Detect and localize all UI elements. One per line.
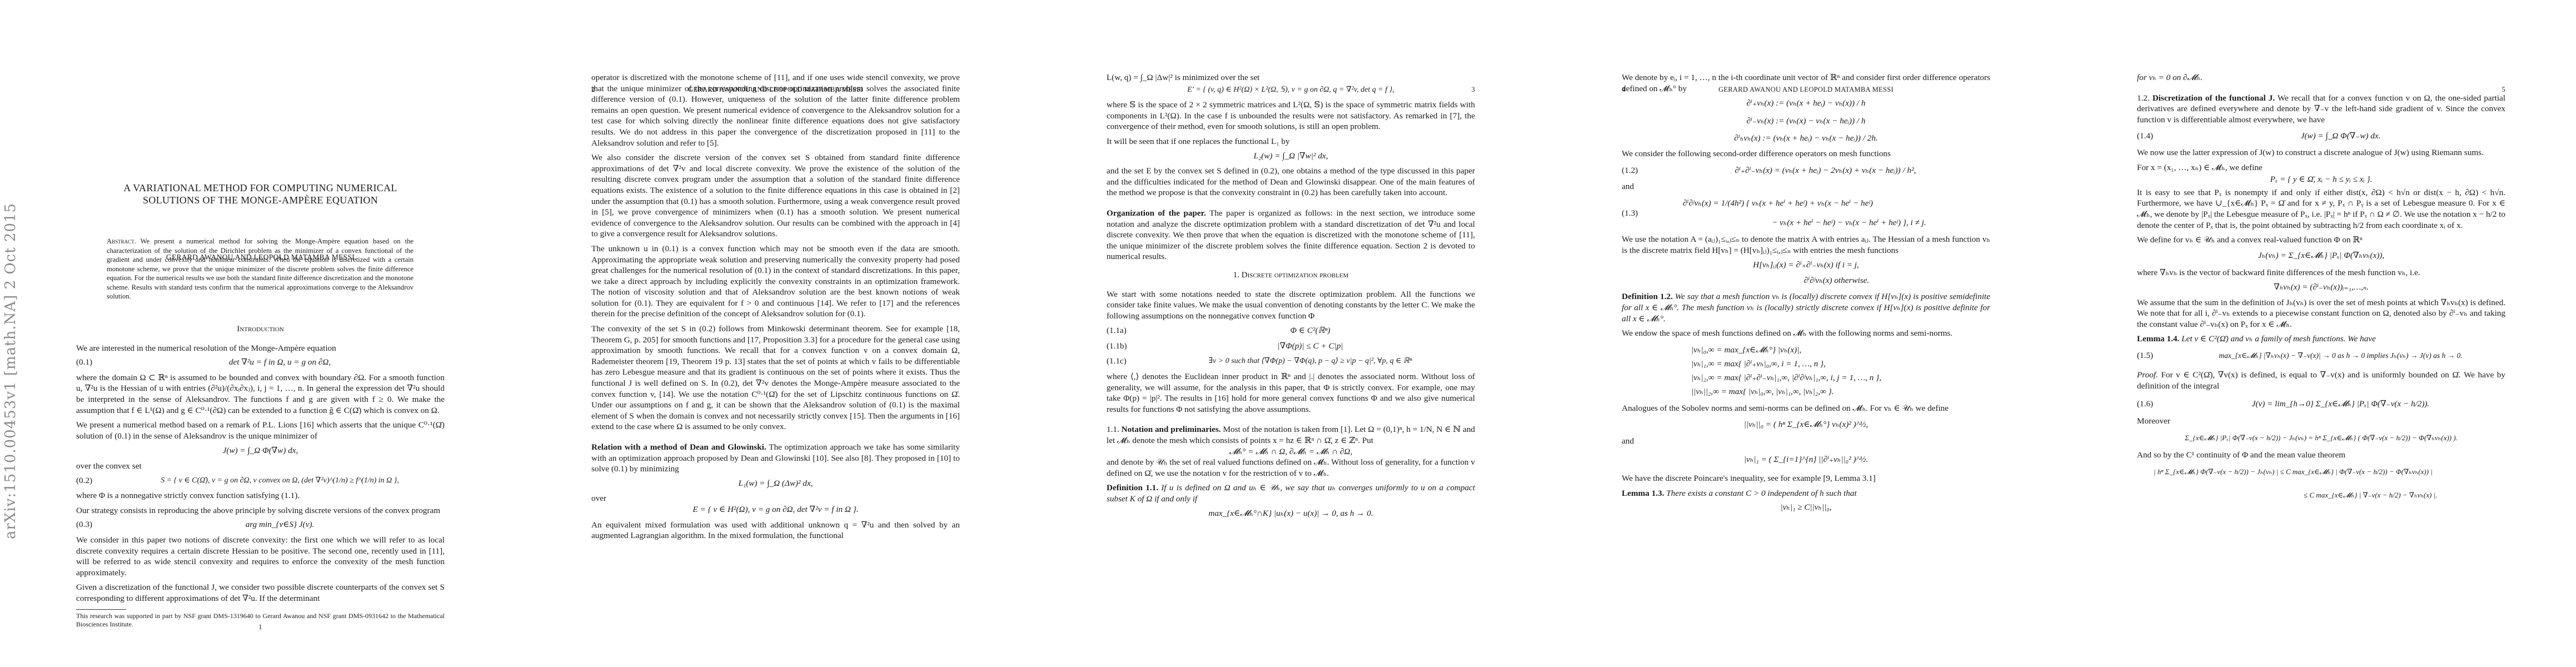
equation-number: (1.6)	[2137, 399, 2176, 410]
equation-mesh: 𝓜ₕ° = 𝓜ₕ ∩ Ω, ∂𝓜ₕ = 𝓜ₕ ∩ ∂Ω,	[1107, 446, 1475, 457]
equation-body: Φ ∈ C²(ℝⁿ)	[1145, 325, 1475, 336]
paragraph: over	[591, 493, 960, 504]
equation-0-1: (0.1) det ∇²u = f in Ω, u = g on ∂Ω,	[76, 357, 445, 368]
norms-block: |vₕ|₀,∞ = max_{x∈𝓜ₕ°} |vₕ(x)|, |vₕ|₁,∞ =…	[1622, 343, 1990, 399]
paragraph: and the set E by the convex set S define…	[1107, 166, 1475, 198]
paragraph: It will be seen that if one replaces the…	[1107, 136, 1475, 147]
equation-number: (0.2)	[76, 475, 115, 486]
page-3: 3 L(w, q) = ∫_Ω |Δw|² is minimized over …	[1030, 0, 1546, 667]
equation-1-2: (1.2) ∂ⁱ₊∂ⁱ₋vₕ(x) = (vₕ(x + heᵢ) − 2vₕ(x…	[1622, 165, 1990, 176]
equation-number: (1.3)	[1622, 208, 1661, 219]
equation-central-diff: ∂ⁱₕvₕ(x) := (vₕ(x + heᵢ) − vₕ(x − heᵢ)) …	[1622, 133, 1990, 144]
paragraph: We define for vₕ ∈ 𝒰ₕ and a convex real-…	[2137, 235, 2505, 246]
equation-body: ∂ⁱ₊∂ⁱ₋vₕ(x) = (vₕ(x + heᵢ) − 2vₕ(x) + vₕ…	[1661, 165, 1990, 176]
lemma-text: There exists a constant C > 0 independen…	[1666, 489, 1857, 498]
paragraph: The unknown u in (0.1) is a convex funct…	[591, 243, 960, 320]
paragraph: We present a numerical method based on a…	[76, 420, 445, 441]
run-in-heading: Relation with a method of Dean and Glowi…	[591, 442, 766, 452]
paragraph: We consider in this paper two notions of…	[76, 535, 445, 578]
equation-line-2: − vₕ(x + heⁱ − heʲ) − vₕ(x − heⁱ + heʲ) …	[1661, 217, 1990, 228]
equation-body: max_{x∈𝓜ₕ} |∇ₕvₕ(x) − ∇₋v(x)| → 0 as h →…	[2176, 350, 2505, 361]
paragraph: The convexity of the set S in (0.2) foll…	[591, 323, 960, 432]
lemma-label: Lemma 1.4.	[2137, 334, 2179, 344]
equation-1-6: (1.6) J(v) = lim_{h→0} Σ_{x∈𝓜ₕ} |Pₓ| Φ(∇…	[2137, 399, 2505, 410]
equation-number: (1.1a)	[1107, 325, 1145, 336]
equation-body: J(w) = ∫_Ω Φ(∇w) dx,	[76, 445, 445, 456]
equation-uniform-convergence: max_{x∈𝓜ₕ°∩K} |uₕ(x) − u(x)| → 0, as h →…	[1107, 508, 1475, 519]
paragraph: Moreover	[2137, 416, 2505, 427]
page-number: 1	[76, 623, 445, 631]
page-2: 2 GERARD AWANOU AND LEOPOLD MATAMBA MESS…	[515, 0, 1030, 667]
equation-moreover: Σ_{x∈𝓜ₕ} |Pₓ| Φ(∇₋v(x − h/2)) − Jₕ(vₕ) =…	[2137, 432, 2505, 444]
page-1: arXiv:1510.00453v1 [math.NA] 2 Oct 2015 …	[0, 0, 515, 667]
equation-number: (1.1c)	[1107, 356, 1145, 367]
equation-number: (1.5)	[2137, 350, 2176, 361]
equation-L2: L₂(w) = ∫_Ω |∇w|² dx,	[1107, 151, 1475, 162]
equation-line-2: ∂ⁱ∂ʲvₕ(x) otherwise.	[1622, 275, 1990, 286]
paragraph: And so by the C¹ continuity of Φ and the…	[2137, 450, 2505, 461]
equation-1-5: (1.5) max_{x∈𝓜ₕ} |∇ₕvₕ(x) − ∇₋v(x)| → 0 …	[2137, 350, 2505, 361]
equation-body: S = { v ∈ C(Ω̄), v = g on ∂Ω, v convex o…	[115, 475, 445, 486]
equation-poincare: |vₕ|₁ ≥ C||vₕ||₀,	[1622, 502, 1990, 513]
paragraph: We have the discrete Poincare's inequali…	[1622, 473, 1990, 484]
equation-l2-norm: ||vₕ||₀ = ( hⁿ Σ_{x∈𝓜ₕ°} vₕ(x)² )^½,	[1622, 419, 1990, 430]
equation-body: Jₕ(vₕ) = Σ_{x∈𝓜ₕ} |Pₓ| Φ(∇ₕvₕ(x)),	[2137, 250, 2505, 261]
proof-label: Proof.	[2137, 370, 2158, 380]
paragraph: We denote by eᵢ, i = 1, …, n the i-th co…	[1622, 72, 1990, 94]
equation-body: |∇Φ(p)| ≤ C + C|p|	[1145, 341, 1475, 352]
paragraph: We now use the latter expression of J(w)…	[2137, 147, 2505, 158]
lemma-label: Lemma 1.3.	[1622, 489, 1664, 498]
subsection-title: Discretization of the functional J.	[2153, 93, 2275, 103]
equation-1-1a: (1.1a) Φ ∈ C²(ℝⁿ)	[1107, 325, 1475, 336]
equation-body: ∂ⁱ₋vₕ(x) := (vₕ(x) − vₕ(x − heᵢ)) / h	[1622, 116, 1990, 127]
paragraph: We endow the space of mesh functions def…	[1622, 328, 1990, 339]
paragraph: over the convex set	[76, 461, 445, 472]
equation-body: L₁(w) = ∫_Ω (Δw)² dx,	[591, 478, 960, 489]
equation-body: ||vₕ||₀ = ( hⁿ Σ_{x∈𝓜ₕ°} vₕ(x)² )^½,	[1622, 419, 1990, 430]
title-line-1: A VARIATIONAL METHOD FOR COMPUTING NUMER…	[76, 182, 445, 194]
equation-1-4: (1.4) J(w) = ∫_Ω Φ(∇₋w) dx.	[2137, 131, 2505, 142]
paragraph: We are interested in the numerical resol…	[76, 343, 445, 354]
equation-body: E = { v ∈ H²(Ω), v = g on ∂Ω, det ∇²v = …	[591, 504, 960, 515]
paragraph: where 𝕊 is the space of 2 × 2 symmetric …	[1107, 99, 1475, 132]
equation-line-1: H[vₕ]ᵢⱼ(x) = ∂ⁱ₊∂ⁱ₋vₕ(x) if i = j,	[1622, 260, 1990, 271]
paragraph: L(w, q) = ∫_Ω |Δw|² is minimized over th…	[1107, 72, 1475, 83]
equation-body: ∃ν > 0 such that ⟨∇Φ(p) − ∇Φ(q), p − q⟩ …	[1145, 356, 1475, 367]
equation-1-3: (1.3) ∂ⁱ∂ʲvₕ(x) = 1/(4h²) { vₕ(x + heⁱ +…	[1622, 198, 1990, 228]
equation-hessian: H[vₕ]ᵢⱼ(x) = ∂ⁱ₊∂ⁱ₋vₕ(x) if i = j, ∂ⁱ∂ʲv…	[1622, 260, 1990, 286]
page-2-body: operator is discretized with the monoton…	[591, 72, 960, 545]
equation-body: J(v) = lim_{h→0} Σ_{x∈𝓜ₕ} |Pₓ| Φ(∇₋v(x −…	[2176, 399, 2505, 410]
equation-number: (1.1b)	[1107, 341, 1145, 352]
equation-body: H[vₕ]ᵢⱼ(x) = ∂ⁱ₊∂ⁱ₋vₕ(x) if i = j, ∂ⁱ∂ʲv…	[1622, 260, 1990, 286]
equation-body: L₂(w) = ∫_Ω |∇w|² dx,	[1107, 151, 1475, 162]
paragraph: for vₕ = 0 on ∂𝓜ₕ.	[2137, 72, 2505, 83]
section-heading: Introduction	[76, 324, 445, 335]
equation-body: det ∇²u = f in Ω, u = g on ∂Ω,	[115, 357, 445, 368]
norm-full-2-inf: ||vₕ||₂,∞ = max{ |vₕ|₀,∞, |vₕ|₁,∞, |vₕ|₂…	[1691, 385, 1990, 399]
definition-text: We say that a mesh function vₕ is (local…	[1622, 292, 1990, 323]
paragraph: We assume that the sum in the definition…	[2137, 297, 2505, 330]
equation-backward-diff: ∂ⁱ₋vₕ(x) := (vₕ(x) − vₕ(x − heᵢ)) / h	[1622, 116, 1990, 127]
paragraph: where the domain Ω ⊂ ℝⁿ is assumed to be…	[76, 372, 445, 416]
equation-1-1c: (1.1c) ∃ν > 0 such that ⟨∇Φ(p) − ∇Φ(q), …	[1107, 356, 1475, 367]
abstract: Abstract. We present a numerical method …	[107, 237, 413, 301]
equation-0-3: (0.3) arg min_{v∈S} J(v).	[76, 519, 445, 530]
equation-body: arg min_{v∈S} J(v).	[115, 519, 445, 530]
paragraph: 1.1. Notation and preliminaries. Most of…	[1107, 424, 1475, 446]
abstract-label: Abstract.	[107, 237, 136, 245]
definition-label: Definition 1.1.	[1107, 483, 1158, 492]
equation-P-x: Pₓ = { y ∈ Ω̄, xᵢ − h ≤ yᵢ ≤ xᵢ }.	[2137, 174, 2505, 185]
paragraph: operator is discretized with the monoton…	[591, 72, 960, 148]
page-5: 5 for vₕ = 0 on ∂𝓜ₕ. 1.2. Discretization…	[2061, 0, 2576, 667]
equation-body: Σ_{x∈𝓜ₕ} |Pₓ| Φ(∇₋v(x − h/2)) − Jₕ(vₕ) =…	[2137, 432, 2505, 444]
lemma: Lemma 1.3. There exists a constant C > 0…	[1622, 488, 1990, 499]
equation-number: (1.2)	[1622, 165, 1661, 176]
equation-body: ∂ⁱ₊vₕ(x) := (vₕ(x + heᵢ) − vₕ(x)) / h	[1622, 98, 1990, 109]
paragraph: We use the notation A = (aᵢⱼ)₁≤ᵢ,ⱼ≤ₙ to …	[1622, 234, 1990, 256]
paragraph: Analogues of the Sobolev norms and semi-…	[1622, 403, 1990, 414]
footnote-rule	[76, 609, 126, 610]
equation-E-prime: E′ = { (v, q) ∈ H²(Ω) × L²(Ω, 𝕊), v = g …	[1107, 84, 1475, 96]
equation-L1: L₁(w) = ∫_Ω (Δw)² dx,	[591, 478, 960, 489]
paragraph: where ∇ₕvₕ is the vector of backward fin…	[2137, 267, 2505, 278]
equation-body: ∂ⁱₕvₕ(x) := (vₕ(x + heᵢ) − vₕ(x − heᵢ)) …	[1622, 133, 1990, 144]
equation-body: J(w) = ∫_Ω Φ(∇₋w) dx.	[2176, 131, 2505, 142]
paragraph: 1.2. Discretization of the functional J.…	[2137, 93, 2505, 126]
equation-body: E′ = { (v, q) ∈ H²(Ω) × L²(Ω, 𝕊), v = g …	[1107, 84, 1475, 96]
paragraph: Proof. For v ∈ C²(Ω̄), ∇v(x) is defined,…	[2137, 370, 2505, 391]
equation-grad-h: ∇ₕvₕ(x) = (∂ⁱ₋vₕ(x))ᵢ₌₁,…,ₙ.	[2137, 282, 2505, 293]
page-4: 4 GERARD AWANOU AND LEOPOLD MATAMBA MESS…	[1546, 0, 2061, 667]
lemma-text: Let v ∈ C²(Ω̄) and vₕ a family of mesh f…	[2181, 334, 2376, 344]
paragraph: Relation with a method of Dean and Glowi…	[591, 442, 960, 475]
equation-body: ∇ₕvₕ(x) = (∂ⁱ₋vₕ(x))ᵢ₌₁,…,ₙ.	[2137, 282, 2505, 293]
paragraph: and denote by 𝒰ₕ the set of real valued …	[1107, 457, 1475, 479]
equation-mean-value: | hⁿ Σ_{x∈𝓜ₕ} Φ(∇₋v(x − h/2)) − Jₕ(vₕ) |…	[2137, 466, 2505, 500]
paragraph: An equivalent mixed formulation was used…	[591, 520, 960, 541]
equation-number: (1.4)	[2137, 131, 2176, 142]
paragraph: We consider the following second-order d…	[1622, 148, 1990, 160]
abstract-text: We present a numerical method for solvin…	[107, 237, 413, 300]
page-5-body: for vₕ = 0 on ∂𝓜ₕ. 1.2. Discretization o…	[2137, 72, 2505, 506]
paragraph-text: For v ∈ C²(Ω̄), ∇v(x) is defined, is equ…	[2137, 370, 2505, 391]
equation-0-2: (0.2) S = { v ∈ C(Ω̄), v = g on ∂Ω, v co…	[76, 475, 445, 486]
lemma: Lemma 1.4. Let v ∈ C²(Ω̄) and vₕ a famil…	[2137, 333, 2505, 345]
equation-body: max_{x∈𝓜ₕ°∩K} |uₕ(x) − u(x)| → 0, as h →…	[1107, 508, 1475, 519]
definition: Definition 1.1. If u is defined on Ω and…	[1107, 482, 1475, 504]
equation-line-2: ≤ C max_{x∈𝓜ₕ} | ∇₋v(x − h/2) − ∇ₕvₕ(x) …	[2137, 490, 2505, 501]
section-heading: 1. Discrete optimization problem	[1107, 270, 1475, 281]
equation-body: Pₓ = { y ∈ Ω̄, xᵢ − h ≤ yᵢ ≤ xᵢ }.	[2137, 174, 2505, 185]
paragraph: It is easy to see that Pₓ is nonempty if…	[2137, 187, 2505, 231]
norm-1-inf: |vₕ|₁,∞ = max{ |∂ⁱ₊vₕ|₀,∞, i = 1, …, n }…	[1691, 357, 1990, 371]
paragraph: Given a discretization of the functional…	[76, 582, 445, 604]
paragraph: where Φ is a nonnegative strictly convex…	[76, 490, 445, 501]
equation-line-1: ∂ⁱ∂ʲvₕ(x) = 1/(4h²) { vₕ(x + heⁱ + heʲ) …	[1661, 198, 1990, 209]
equation-number: (0.1)	[76, 357, 115, 368]
subsection-title: Notation and preliminaries.	[1122, 425, 1221, 434]
equation-body: |vₕ|₁ = ( Σ_{i=1}^{n} ||∂ⁱ₊vₕ||₀² )^½.	[1622, 454, 1990, 465]
paragraph: We start with some notations needed to s…	[1107, 289, 1475, 322]
equation-body: ∂ⁱ∂ʲvₕ(x) = 1/(4h²) { vₕ(x + heⁱ + heʲ) …	[1661, 198, 1990, 228]
equation-E: E = { v ∈ H²(Ω), v = g on ∂Ω, det ∇²v = …	[591, 504, 960, 515]
definition-text: If u is defined on Ω and uₕ ∈ 𝒰ₕ, we say…	[1107, 483, 1475, 504]
definition: Definition 1.2. We say that a mesh funct…	[1622, 291, 1990, 324]
equation-body: 𝓜ₕ° = 𝓜ₕ ∩ Ω, ∂𝓜ₕ = 𝓜ₕ ∩ ∂Ω,	[1107, 446, 1475, 457]
equation-number: (0.3)	[76, 519, 115, 530]
equation-body: |vₕ|₁ ≥ C||vₕ||₀,	[1622, 502, 1990, 513]
equation-forward-diff: ∂ⁱ₊vₕ(x) := (vₕ(x + heᵢ) − vₕ(x)) / h	[1622, 98, 1990, 109]
paper-title: A VARIATIONAL METHOD FOR COMPUTING NUMER…	[76, 182, 445, 206]
paragraph: and	[1622, 436, 1990, 447]
equation-line-1: | hⁿ Σ_{x∈𝓜ₕ} Φ(∇₋v(x − h/2)) − Jₕ(vₕ) |…	[2137, 466, 2505, 477]
paragraph: Organization of the paper. The paper is …	[1107, 208, 1475, 262]
paragraph: and	[1622, 181, 1990, 192]
paragraph: Our strategy consists in reproducing the…	[76, 505, 445, 516]
norm-2-inf: |vₕ|₂,∞ = max{ |∂ⁱ₊∂ⁱ₋vₕ|₁,∞, |∂ⁱ∂ʲvₕ|₁,…	[1691, 371, 1990, 385]
paragraph: For x = (x₁, …, xₙ) ∈ 𝓜ₕ, we define	[2137, 162, 2505, 173]
paragraph: We also consider the discrete version of…	[591, 152, 960, 240]
equation-1-1b: (1.1b) |∇Φ(p)| ≤ C + C|p|	[1107, 341, 1475, 352]
page-1-body: Introduction We are interested in the nu…	[76, 324, 445, 629]
page-3-body: L(w, q) = ∫_Ω |Δw|² is minimized over th…	[1107, 72, 1475, 523]
equation-J: J(w) = ∫_Ω Φ(∇w) dx,	[76, 445, 445, 456]
equation-J-h: Jₕ(vₕ) = Σ_{x∈𝓜ₕ} |Pₓ| Φ(∇ₕvₕ(x)),	[2137, 250, 2505, 261]
run-in-heading: Organization of the paper.	[1107, 208, 1206, 218]
equation-h1-seminorm: |vₕ|₁ = ( Σ_{i=1}^{n} ||∂ⁱ₊vₕ||₀² )^½.	[1622, 454, 1990, 465]
arxiv-stamp: arXiv:1510.00453v1 [math.NA] 2 Oct 2015	[2, 203, 19, 539]
definition-label: Definition 1.2.	[1622, 292, 1673, 301]
subsection-number: 1.1.	[1107, 425, 1119, 434]
subsection-number: 1.2.	[2137, 93, 2150, 103]
title-line-2: SOLUTIONS OF THE MONGE-AMPÈRE EQUATION	[76, 194, 445, 206]
page-4-body: We denote by eᵢ, i = 1, …, n the i-th co…	[1622, 72, 1990, 517]
paragraph: where ⟨,⟩ denotes the Euclidean inner pr…	[1107, 371, 1475, 415]
norm-0-inf: |vₕ|₀,∞ = max_{x∈𝓜ₕ°} |vₕ(x)|,	[1691, 343, 1990, 357]
